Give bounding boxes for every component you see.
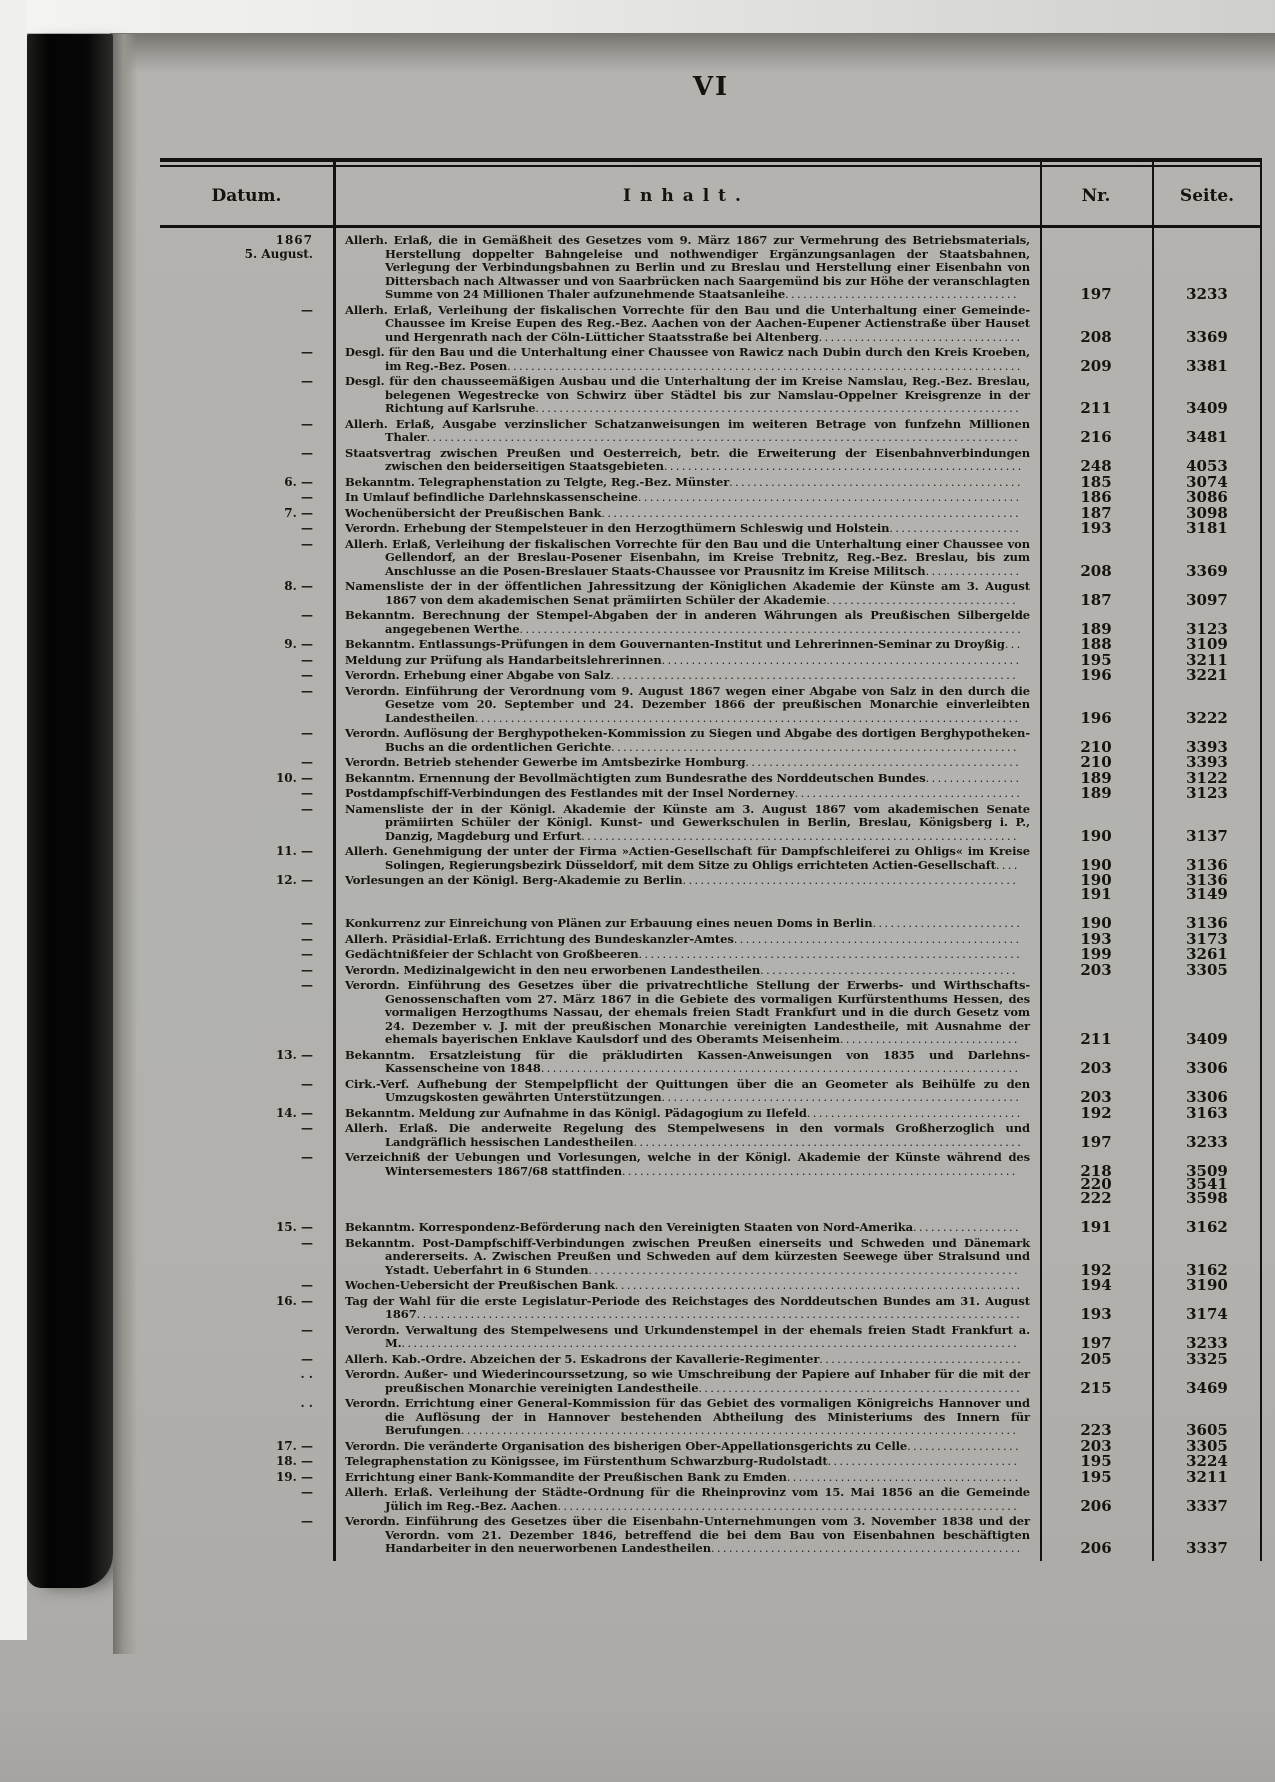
entry-title: Bekanntm. Entlassungs-Prüfungen in dem G… — [345, 637, 1005, 651]
toc-row: 19. — Errichtung einer Bank-Kommandite d… — [160, 1471, 1262, 1485]
toc-row: 13. — Bekanntm. Ersatzleistung für die p… — [160, 1049, 1262, 1076]
entry-seite-cell: 3305 — [1152, 1440, 1262, 1454]
entry-text: Namensliste der in der öffentlichen Jahr… — [333, 580, 1040, 607]
entry-nr-cell: 211 — [1040, 375, 1152, 416]
entry-nr-cell: 208 — [1040, 538, 1152, 579]
entry-seite-cell: 3233 — [1152, 1324, 1262, 1351]
toc-row: 14. — Bekanntm. Meldung zur Aufnahme in … — [160, 1107, 1262, 1121]
dot-leader: ........................................… — [535, 402, 1021, 415]
toc-row: 8. — Namensliste der in der öffentlichen… — [160, 580, 1262, 607]
entry-seite-cell: 3123 — [1152, 609, 1262, 636]
entry-text: Verordn. Erhebung einer Abgabe von Salz.… — [333, 669, 1040, 683]
entry-date: — — [160, 522, 333, 536]
entry-nr-cell: 210 — [1040, 727, 1152, 754]
dot-leader: ........................................… — [734, 933, 1022, 946]
dot-leader: ....................................... — [785, 288, 1019, 301]
entry-seite-cell: 3136 — [1152, 917, 1262, 931]
nr-value: 199 — [1080, 948, 1111, 962]
seite-value: 3306 — [1186, 1062, 1228, 1076]
seite-value: 3337 — [1186, 1542, 1228, 1556]
entry-title: Wochen-Uebersicht der Preußischen Bank — [345, 1278, 615, 1292]
seite-value: 3224 — [1186, 1455, 1228, 1469]
scan-top-shadow — [110, 33, 1275, 73]
entry-seite-cell: 3409 — [1152, 375, 1262, 416]
toc-row: 17. — Verordn. Die veränderte Organisati… — [160, 1440, 1262, 1454]
seite-value: 3163 — [1186, 1107, 1228, 1121]
seite-value: 3122 — [1186, 772, 1228, 786]
nr-value: 203 — [1080, 1440, 1111, 1454]
entry-title: Verordn. Medizinalgewicht in den neu erw… — [345, 963, 760, 977]
entry-nr-cell: 209 — [1040, 346, 1152, 373]
nr-value: 188 — [1080, 638, 1111, 652]
entry-seite-cell: 3163 — [1152, 1107, 1262, 1121]
entry-day-label: . . — [300, 1396, 313, 1410]
entry-nr-cell: 190191 — [1040, 874, 1152, 901]
seite-value: 3211 — [1186, 1471, 1228, 1485]
toc-row: — Verordn. Einführung des Gesetzes über … — [160, 1515, 1262, 1556]
entry-seite-cell: 3306 — [1152, 1078, 1262, 1105]
entry-day-label: . . — [300, 1367, 313, 1381]
entry-seite-cell: 3605 — [1152, 1397, 1262, 1438]
entry-date: 19. — — [160, 1471, 333, 1485]
entry-date: — — [160, 979, 333, 1047]
table-body: 18675. August. Allerh. Erlaß, die in Gem… — [160, 228, 1262, 1561]
entry-nr-cell: 196 — [1040, 669, 1152, 683]
entry-text: Cirk.-Verf. Aufhebung der Stempelpflicht… — [333, 1078, 1040, 1105]
entry-seite-cell: 3098 — [1152, 507, 1262, 521]
toc-row: 10. — Bekanntm. Ernennung der Bevollmäch… — [160, 772, 1262, 786]
entry-text: Namensliste der in der Königl. Akademie … — [333, 803, 1040, 844]
entry-text: Verordn. Medizinalgewicht in den neu erw… — [333, 964, 1040, 978]
entry-seite-cell: 3097 — [1152, 580, 1262, 607]
entry-seite-cell: 3211 — [1152, 654, 1262, 668]
scan-left-margin — [0, 0, 27, 1640]
dot-leader: ........................................… — [760, 964, 1018, 977]
entry-date: — — [160, 948, 333, 962]
entry-nr-cell: 199 — [1040, 948, 1152, 962]
seite-value: 3469 — [1186, 1382, 1228, 1396]
toc-row: 18. — Telegraphenstation zu Königssee, i… — [160, 1455, 1262, 1469]
dot-leader: ................................ — [826, 594, 1018, 607]
entry-nr-cell: 206 — [1040, 1486, 1152, 1513]
nr-value: 194 — [1080, 1279, 1111, 1293]
entry-seite-cell: 4053 — [1152, 447, 1262, 474]
toc-row: — Verordn. Verwaltung des Stempelwesens … — [160, 1324, 1262, 1351]
entry-seite-cell: 3222 — [1152, 685, 1262, 726]
entry-nr-cell: 193 — [1040, 1295, 1152, 1322]
dot-leader: ........................................… — [461, 1424, 1019, 1437]
entry-nr-cell: 215 — [1040, 1368, 1152, 1395]
seite-value: 3409 — [1186, 1033, 1228, 1047]
entry-day-label: 7. — — [284, 506, 313, 520]
toc-row: — Allerh. Präsidial-Erlaß. Errichtung de… — [160, 933, 1262, 947]
entry-date: — — [160, 491, 333, 505]
nr-value: 209 — [1080, 360, 1111, 374]
entry-text: Verordn. Die veränderte Organisation des… — [333, 1440, 1040, 1454]
entry-date: 14. — — [160, 1107, 333, 1121]
entry-day-label: 16. — — [276, 1294, 313, 1308]
entry-date: — — [160, 375, 333, 416]
entry-date: 10. — — [160, 772, 333, 786]
seite-value: 4053 — [1186, 460, 1228, 474]
dot-leader: ................... — [907, 1440, 1021, 1453]
entry-day-label: — — [301, 374, 313, 388]
scan-top-margin — [0, 0, 1275, 33]
toc-row: — Desgl. für den Bau und die Unterhaltun… — [160, 346, 1262, 373]
entry-nr-cell: 248 — [1040, 447, 1152, 474]
entry-seite-cell: 3325 — [1152, 1353, 1262, 1367]
entry-day-label: — — [301, 963, 313, 977]
toc-row: — Desgl. für den chausseemäßigen Ausbau … — [160, 375, 1262, 416]
entry-seite-cell: 3086 — [1152, 491, 1262, 505]
entry-text: Konkurrenz zur Einreichung von Plänen zu… — [333, 917, 1040, 931]
entry-title: Gedächtnißfeier der Schlacht von Großbee… — [345, 947, 639, 961]
seite-value: 3136 — [1186, 859, 1228, 873]
scan-bottom-shadow — [0, 1712, 1275, 1782]
dot-leader: ........................................… — [662, 654, 1022, 667]
entry-seite-cell: 3409 — [1152, 979, 1262, 1047]
entry-text: Bekanntm. Ersatzleistung für die präklud… — [333, 1049, 1040, 1076]
nr-value: 203 — [1080, 964, 1111, 978]
nr-value: 205 — [1080, 1353, 1111, 1367]
nr-value: 223 — [1080, 1424, 1111, 1438]
entry-seite-cell: 3337 — [1152, 1515, 1262, 1556]
toc-row: — Postdampfschiff-Verbindungen des Festl… — [160, 787, 1262, 801]
entry-title: In Umlauf befindliche Darlehnskassensche… — [345, 490, 638, 504]
entry-day-label: — — [301, 755, 313, 769]
entry-seite-cell: 3233 — [1152, 234, 1262, 302]
entry-text: Verordn. Verwaltung des Stempelwesens un… — [333, 1324, 1040, 1351]
nr-value: 203 — [1080, 1062, 1111, 1076]
nr-value: 192 — [1080, 1264, 1111, 1278]
nr-value: 185 — [1080, 476, 1111, 490]
seite-value: 3136 — [1186, 917, 1228, 931]
entry-nr-cell: 195 — [1040, 654, 1152, 668]
entry-seite-cell: 3173 — [1152, 933, 1262, 947]
entry-day-label: — — [301, 1150, 313, 1164]
nr-value: 211 — [1080, 402, 1111, 416]
entry-nr-cell: 193 — [1040, 933, 1152, 947]
dot-leader: ........................................… — [519, 623, 1023, 636]
nr-value: 195 — [1080, 654, 1111, 668]
dot-leader: ....................................... — [787, 1471, 1021, 1484]
dot-leader: .................................... — [807, 1107, 1023, 1120]
entry-title: Wochenübersicht der Preußischen Bank — [345, 506, 601, 520]
entry-text: Errichtung einer Bank-Kommandite der Pre… — [333, 1471, 1040, 1485]
dot-leader: ........................................… — [638, 491, 1022, 504]
entry-nr-cell: 194 — [1040, 1279, 1152, 1293]
nr-value: 192 — [1080, 1107, 1111, 1121]
entry-seite-cell: 3122 — [1152, 772, 1262, 786]
nr-value: 222 — [1080, 1192, 1111, 1206]
entry-title: Allerh. Kab.-Ordre. Abzeichen der 5. Esk… — [345, 1352, 819, 1366]
entry-nr-cell: 206 — [1040, 1515, 1152, 1556]
entry-text: Allerh. Kab.-Ordre. Abzeichen der 5. Esk… — [333, 1353, 1040, 1367]
seite-value: 3393 — [1186, 756, 1228, 770]
nr-value: 248 — [1080, 460, 1111, 474]
seite-value: 3325 — [1186, 1353, 1228, 1367]
entry-seite-cell: 350935413598 — [1152, 1151, 1262, 1205]
entry-date: — — [160, 669, 333, 683]
dot-leader: .................................. — [819, 331, 1023, 344]
seite-value: 3261 — [1186, 948, 1228, 962]
nr-value: 189 — [1080, 772, 1111, 786]
entry-seite-cell: 3369 — [1152, 304, 1262, 345]
entry-date: — — [160, 1078, 333, 1105]
entry-seite-cell: 3469 — [1152, 1368, 1262, 1395]
entry-seite-cell: 3381 — [1152, 346, 1262, 373]
scanned-gazette-page: VI Datum. Inhalt. Nr. Seite. 18675. Augu… — [0, 0, 1275, 1782]
entry-nr-cell: 196 — [1040, 685, 1152, 726]
entry-date: 15. — — [160, 1221, 333, 1235]
entry-day-label: — — [301, 490, 313, 504]
toc-row: — Verordn. Einführung der Verordnung vom… — [160, 685, 1262, 726]
entry-text: Verordn. Betrieb stehender Gewerbe im Am… — [333, 756, 1040, 770]
seite-value: 3481 — [1186, 431, 1228, 445]
page-number: VI — [160, 72, 1262, 102]
entry-day-label: — — [301, 978, 313, 992]
entry-seite-cell: 3305 — [1152, 964, 1262, 978]
entry-day-label: 17. — — [276, 1439, 313, 1453]
entry-title: Konkurrenz zur Einreichung von Plänen zu… — [345, 916, 872, 930]
entry-day-label: — — [301, 932, 313, 946]
seite-value: 3174 — [1186, 1308, 1228, 1322]
entry-text: Verordn. Einführung der Verordnung vom 9… — [333, 685, 1040, 726]
entry-day-label: 11. — — [276, 844, 313, 858]
nr-value: 193 — [1080, 933, 1111, 947]
nr-value: 191 — [1080, 888, 1111, 902]
entry-day-label: — — [301, 802, 313, 816]
seite-value: 3222 — [1186, 712, 1228, 726]
entry-date: — — [160, 727, 333, 754]
seite-value: 3211 — [1186, 654, 1228, 668]
entry-date: 9. — — [160, 638, 333, 652]
dot-leader: ........................................… — [634, 1136, 1024, 1149]
seite-value: 3381 — [1186, 360, 1228, 374]
seite-value: 3149 — [1186, 888, 1228, 902]
nr-value: 196 — [1080, 712, 1111, 726]
seite-value: 3233 — [1186, 1337, 1228, 1351]
entry-text: Desgl. für den chausseemäßigen Ausbau un… — [333, 375, 1040, 416]
dot-leader: .............................. — [840, 1033, 1020, 1046]
nr-value: 208 — [1080, 331, 1111, 345]
entry-seite-cell: 3393 — [1152, 727, 1262, 754]
nr-value: 203 — [1080, 1091, 1111, 1105]
dot-leader: ........................................… — [662, 1091, 1022, 1104]
entry-text: Verzeichniß der Uebungen und Vorlesungen… — [333, 1151, 1040, 1205]
nr-value: 196 — [1080, 669, 1111, 683]
entry-text: Bekanntm. Entlassungs-Prüfungen in dem G… — [333, 638, 1040, 652]
dot-leader: .................................. — [819, 1353, 1023, 1366]
entry-text: Verordn. Auflösung der Berghypotheken-Ko… — [333, 727, 1040, 754]
entry-date: — — [160, 1279, 333, 1293]
entry-title: Errichtung einer Bank-Kommandite der Pre… — [345, 1470, 787, 1484]
dot-leader: ........................................… — [698, 1382, 1022, 1395]
entry-seite-cell: 31363149 — [1152, 874, 1262, 901]
entry-seite-cell: 3233 — [1152, 1122, 1262, 1149]
dot-leader: ........................................… — [745, 756, 1021, 769]
entry-date: 16. — — [160, 1295, 333, 1322]
entry-date: — — [160, 1353, 333, 1367]
entry-text: Verordn. Einführung des Gesetzes über di… — [333, 1515, 1040, 1556]
toc-row: — Verzeichniß der Uebungen und Vorlesung… — [160, 1151, 1262, 1205]
toc-row: — Namensliste der in der Königl. Akademi… — [160, 803, 1262, 844]
seite-value: 3097 — [1186, 594, 1228, 608]
entry-nr-cell: 190 — [1040, 845, 1152, 872]
dot-leader: ................................ — [828, 1455, 1020, 1468]
entry-date: — — [160, 756, 333, 770]
dot-leader: ........................................… — [664, 460, 1024, 473]
entry-day-label: — — [301, 303, 313, 317]
toc-row: — Meldung zur Prüfung als Handarbeitsleh… — [160, 654, 1262, 668]
seite-value: 3393 — [1186, 741, 1228, 755]
entry-seite-cell: 3136 — [1152, 845, 1262, 872]
entry-nr-cell: 190 — [1040, 803, 1152, 844]
entry-text: Verordn. Errichtung einer General-Kommis… — [333, 1397, 1040, 1438]
entry-day-label: 9. — — [284, 637, 313, 651]
entry-text: Allerh. Präsidial-Erlaß. Errichtung des … — [333, 933, 1040, 947]
entry-date: 8. — — [160, 580, 333, 607]
entry-nr-cell: 190 — [1040, 917, 1152, 931]
entry-date: — — [160, 1324, 333, 1351]
entry-nr-cell: 205 — [1040, 1353, 1152, 1367]
nr-value: 187 — [1080, 507, 1111, 521]
dot-leader: ........................................… — [558, 1500, 1020, 1513]
entry-nr-cell: 193 — [1040, 522, 1152, 536]
entry-title: Allerh. Präsidial-Erlaß. Errichtung des … — [345, 932, 734, 946]
dot-leader: ........................................… — [541, 1062, 1021, 1075]
seite-value: 3337 — [1186, 1500, 1228, 1514]
entry-date: — — [160, 787, 333, 801]
entry-text: Verordn. Erhebung der Stempelsteuer in d… — [333, 522, 1040, 536]
nr-value: 197 — [1080, 1136, 1111, 1150]
entry-date: — — [160, 933, 333, 947]
toc-row: — In Umlauf befindliche Darlehnskassensc… — [160, 491, 1262, 505]
dot-leader: ... — [1005, 638, 1023, 651]
seite-value: 3190 — [1186, 1279, 1228, 1293]
entry-day-label: — — [301, 521, 313, 535]
contents-table: Datum. Inhalt. Nr. Seite. 18675. August.… — [160, 158, 1262, 1561]
entry-title: Telegraphenstation zu Königssee, im Fürs… — [345, 1454, 828, 1468]
entry-text: Vorlesungen an der Königl. Berg-Akademie… — [333, 874, 1040, 901]
seite-value: 3086 — [1186, 491, 1228, 505]
entry-title: Verordn. Betrieb stehender Gewerbe im Am… — [345, 755, 745, 769]
entry-date: 6. — — [160, 476, 333, 490]
entry-title: Allerh. Genehmigung der unter der Firma … — [345, 844, 1030, 872]
toc-row: — Allerh. Erlaß, Verleihung der fiskalis… — [160, 304, 1262, 345]
entry-seite-cell: 3162 — [1152, 1221, 1262, 1235]
entry-nr-cell: 203 — [1040, 1078, 1152, 1105]
nr-value: 211 — [1080, 1033, 1111, 1047]
entry-day-label: 10. — — [276, 771, 313, 785]
entry-date: — — [160, 1515, 333, 1556]
entry-text: Allerh. Erlaß, Verleihung der fiskalisch… — [333, 304, 1040, 345]
entry-seite-cell: 3369 — [1152, 538, 1262, 579]
nr-value: 189 — [1080, 787, 1111, 801]
dot-leader: ................ — [926, 565, 1022, 578]
toc-row: — Bekanntm. Post-Dampfschiff-Verbindunge… — [160, 1237, 1262, 1278]
entry-title: Bekanntm. Ernennung der Bevollmächtigten… — [345, 771, 926, 785]
nr-value: 197 — [1080, 1337, 1111, 1351]
entry-nr-cell: 189 — [1040, 772, 1152, 786]
dot-leader: ........................................… — [588, 1264, 1020, 1277]
entry-title: Meldung zur Prüfung als Handarbeitslehre… — [345, 653, 662, 667]
nr-value: 215 — [1080, 1382, 1111, 1396]
entry-date: 18. — — [160, 1455, 333, 1469]
entry-day-label: 19. — — [276, 1470, 313, 1484]
toc-row: — Cirk.-Verf. Aufhebung der Stempelpflic… — [160, 1078, 1262, 1105]
toc-row: 15. — Bekanntm. Korrespondenz-Beförderun… — [160, 1221, 1262, 1235]
entry-date: — — [160, 1122, 333, 1149]
entry-seite-cell: 3123 — [1152, 787, 1262, 801]
page-fold-shading — [113, 34, 137, 1654]
entry-day-label: 8. — — [284, 579, 313, 593]
entry-nr-cell: 192 — [1040, 1237, 1152, 1278]
entry-nr-cell: 188 — [1040, 638, 1152, 652]
entry-day-label: — — [301, 726, 313, 740]
dot-leader: .... — [996, 859, 1020, 872]
entry-title: Verordn. Erhebung der Stempelsteuer in d… — [345, 521, 889, 535]
entry-nr-cell: 195 — [1040, 1455, 1152, 1469]
entry-seite-cell: 3137 — [1152, 803, 1262, 844]
entry-text: Bekanntm. Meldung zur Aufnahme in das Kö… — [333, 1107, 1040, 1121]
entry-text: Staatsvertrag zwischen Preußen und Oeste… — [333, 447, 1040, 474]
entry-date: — — [160, 304, 333, 345]
nr-value: 195 — [1080, 1455, 1111, 1469]
seite-value: 3305 — [1186, 964, 1228, 978]
entry-seite-cell: 3261 — [1152, 948, 1262, 962]
entry-nr-cell: 191 — [1040, 1221, 1152, 1235]
entry-date: — — [160, 1237, 333, 1278]
nr-value: 206 — [1080, 1500, 1111, 1514]
entry-day-label: 12. — — [276, 873, 313, 887]
entry-date: — — [160, 654, 333, 668]
seite-value: 3162 — [1186, 1264, 1228, 1278]
entry-seite-cell: 3162 — [1152, 1237, 1262, 1278]
entry-nr-cell: 186 — [1040, 491, 1152, 505]
dot-leader: ........................................… — [622, 1165, 1018, 1178]
dot-leader: ........................................… — [601, 507, 1021, 520]
entry-date: 12. — — [160, 874, 333, 901]
dot-leader: ........................................… — [611, 741, 1019, 754]
toc-row: — Verordn. Einführung des Gesetzes über … — [160, 979, 1262, 1047]
entry-seite-cell: 3181 — [1152, 522, 1262, 536]
entry-title: Postdampfschiff-Verbindungen des Festlan… — [345, 786, 795, 800]
entry-nr-cell: 192 — [1040, 1107, 1152, 1121]
entry-date: — — [160, 346, 333, 373]
seite-value: 3074 — [1186, 476, 1228, 490]
entry-text: Telegraphenstation zu Königssee, im Fürs… — [333, 1455, 1040, 1469]
entry-nr-cell: 189 — [1040, 787, 1152, 801]
toc-row: — Verordn. Erhebung einer Abgabe von Sal… — [160, 669, 1262, 683]
seite-value: 3137 — [1186, 830, 1228, 844]
nr-value: 195 — [1080, 1471, 1111, 1485]
entry-seite-cell: 3074 — [1152, 476, 1262, 490]
seite-value: 3605 — [1186, 1424, 1228, 1438]
seite-value: 3173 — [1186, 933, 1228, 947]
toc-row: — Allerh. Erlaß, Verleihung der fiskalis… — [160, 538, 1262, 579]
seite-value: 3233 — [1186, 1136, 1228, 1150]
toc-row: — Konkurrenz zur Einreichung von Plänen … — [160, 917, 1262, 931]
dot-leader: ........................................… — [475, 712, 1021, 725]
entry-text: Wochenübersicht der Preußischen Bank....… — [333, 507, 1040, 521]
entry-text: Gedächtnißfeier der Schlacht von Großbee… — [333, 948, 1040, 962]
seite-value: 3598 — [1186, 1192, 1228, 1206]
entry-day-label: — — [301, 684, 313, 698]
nr-value: 190 — [1080, 830, 1111, 844]
entry-day-label: — — [301, 653, 313, 667]
dot-leader: ........................................… — [711, 1542, 1023, 1555]
